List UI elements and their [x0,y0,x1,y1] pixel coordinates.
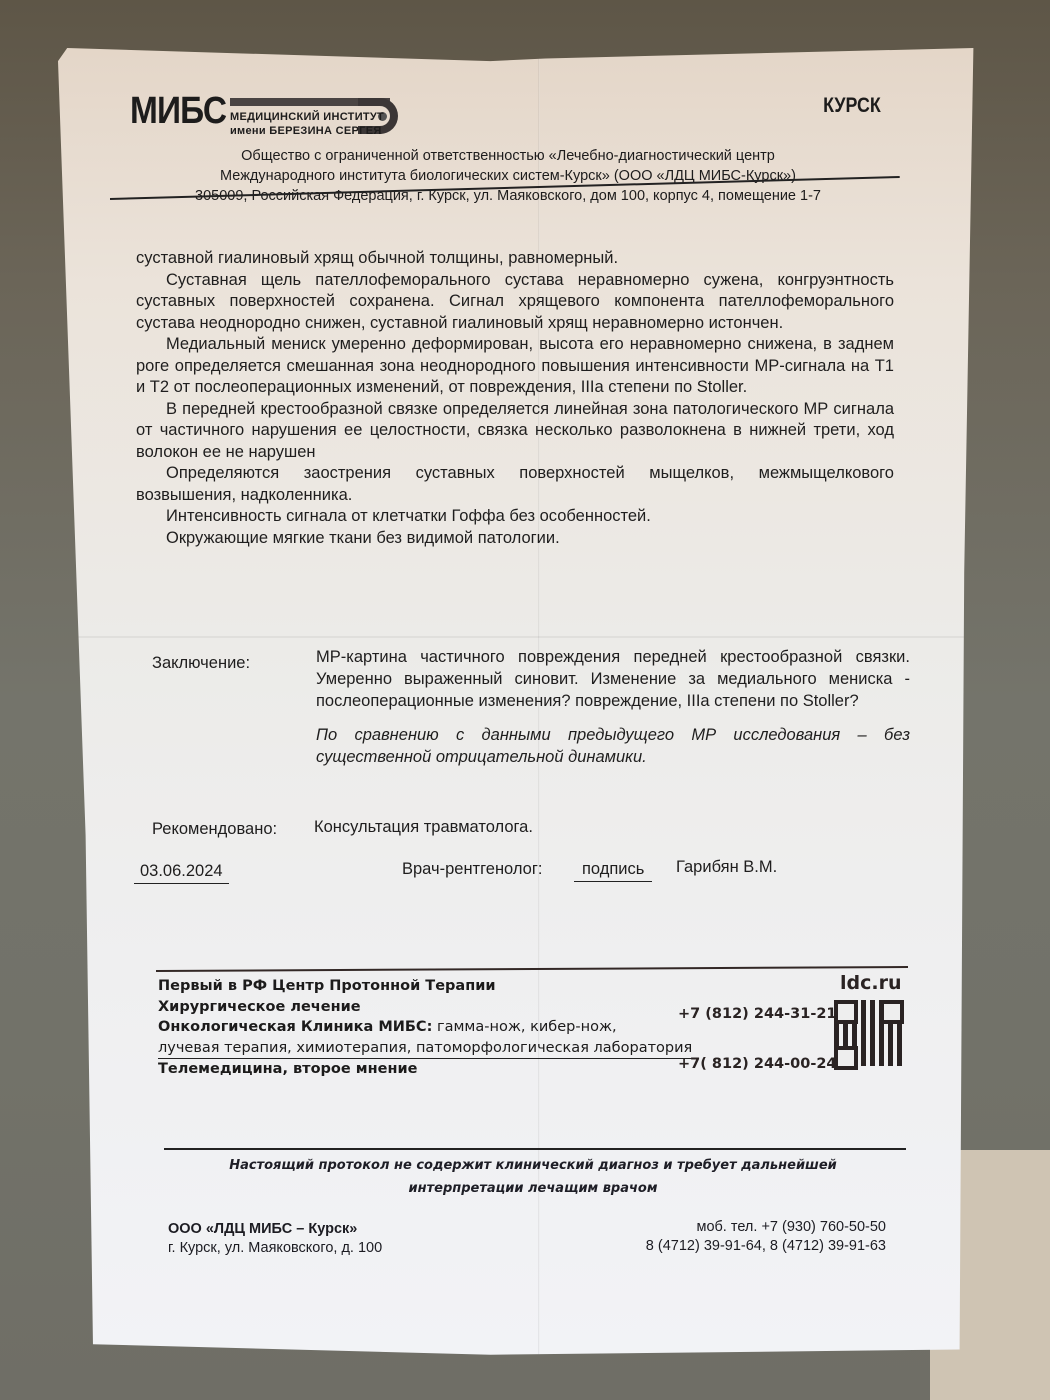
logo-subtitle: МЕДИЦИНСКИЙ ИНСТИТУТ имени БЕРЕЗИНА СЕРГ… [230,110,384,138]
report-paragraph: Медиальный мениск умеренно деформирован,… [136,334,894,399]
fold-line-horizontal [58,636,978,638]
signature-field: подпись [574,858,652,882]
report-paragraph: Определяются заострения суставных поверх… [136,463,894,506]
org-line: 305009, Российская Федерация, г. Курск, … [158,186,858,206]
conclusion-comparison: По сравнению с данными предыдущего МР ис… [316,724,910,768]
report-paragraph: В передней крестообразной связке определ… [136,399,894,464]
footer-contacts: моб. тел. +7 (930) 760-50-50 8 (4712) 39… [618,1218,886,1256]
promo-line: Хирургическое лечение [158,999,361,1015]
disclaimer: Настоящий протокол не содержит клиническ… [208,1154,858,1200]
organization-info: Общество с ограниченной ответственностью… [158,146,858,206]
report-paragraph: Окружающие мягкие ткани без видимой пато… [136,528,894,550]
promo-divider [156,966,908,972]
logo-subtitle-line1: МЕДИЦИНСКИЙ ИНСТИТУТ [230,110,384,124]
mobile-phone: моб. тел. +7 (930) 760-50-50 [618,1218,886,1237]
promo-line: Первый в РФ Центр Протонной Терапии [158,978,496,994]
qr-finder-icon [834,1046,858,1070]
document-page: МИБС МЕДИЦИНСКИЙ ИНСТИТУТ имени БЕРЕЗИНА… [58,48,978,1360]
website-link[interactable]: ldc.ru [840,972,902,994]
conclusion-text: МР-картина частичного повреждения передн… [316,646,910,712]
disclaimer-line: интерпретации лечащим врачом [208,1177,858,1200]
conclusion-label: Заключение: [152,652,250,674]
doctor-name: Гарибян В.М. [676,856,777,878]
report-date: 03.06.2024 [134,860,229,884]
company-name: ООО «ЛДЦ МИБС – Курск» [168,1221,357,1237]
phone-number: +7 (812) 244-31-21 [678,1006,837,1022]
company-address: г. Курск, ул. Маяковского, д. 100 [168,1239,382,1258]
promo-line-rest: гамма-нож, кибер-нож, [432,1019,616,1035]
report-body: суставной гиалиновый хрящ обычной толщин… [136,248,894,549]
report-paragraph: Суставная щель пателлофеморального суста… [136,270,894,335]
report-paragraph: Интенсивность сигнала от клетчатки Гоффа… [136,506,894,528]
logo-subtitle-line2: имени БЕРЕЗИНА СЕРГЕЯ [230,124,384,138]
promo-line-bold: Онкологическая Клиника МИБС: [158,1019,432,1035]
promo-line: Телемедицина, второе мнение [158,1061,418,1077]
org-line: Международного института биологических с… [158,166,858,186]
doctor-label: Врач-рентгенолог: [402,858,542,880]
promo-block: Первый в РФ Центр Протонной Терапии Хиру… [158,976,692,1080]
org-line: Общество с ограниченной ответственностью… [158,146,858,166]
footer-company: ООО «ЛДЦ МИБС – Курск» г. Курск, ул. Мая… [168,1220,382,1258]
footer-divider [164,1148,906,1150]
report-paragraph: суставной гиалиновый хрящ обычной толщин… [136,248,894,270]
recommended-text: Консультация травматолога. [314,816,533,838]
phone-number: +7( 812) 244-00-24 [678,1056,837,1072]
conclusion-block: МР-картина частичного повреждения передн… [316,646,910,780]
logo-wordmark: МИБС [130,90,226,133]
city-label: КУРСК [823,94,881,118]
disclaimer-line: Настоящий протокол не содержит клиническ… [208,1154,858,1177]
promo-line: лучевая терапия, химиотерапия, патоморфо… [158,1038,692,1060]
recommended-label: Рекомендовано: [152,818,277,840]
landline-phones: 8 (4712) 39-91-64, 8 (4712) 39-91-63 [618,1237,886,1256]
